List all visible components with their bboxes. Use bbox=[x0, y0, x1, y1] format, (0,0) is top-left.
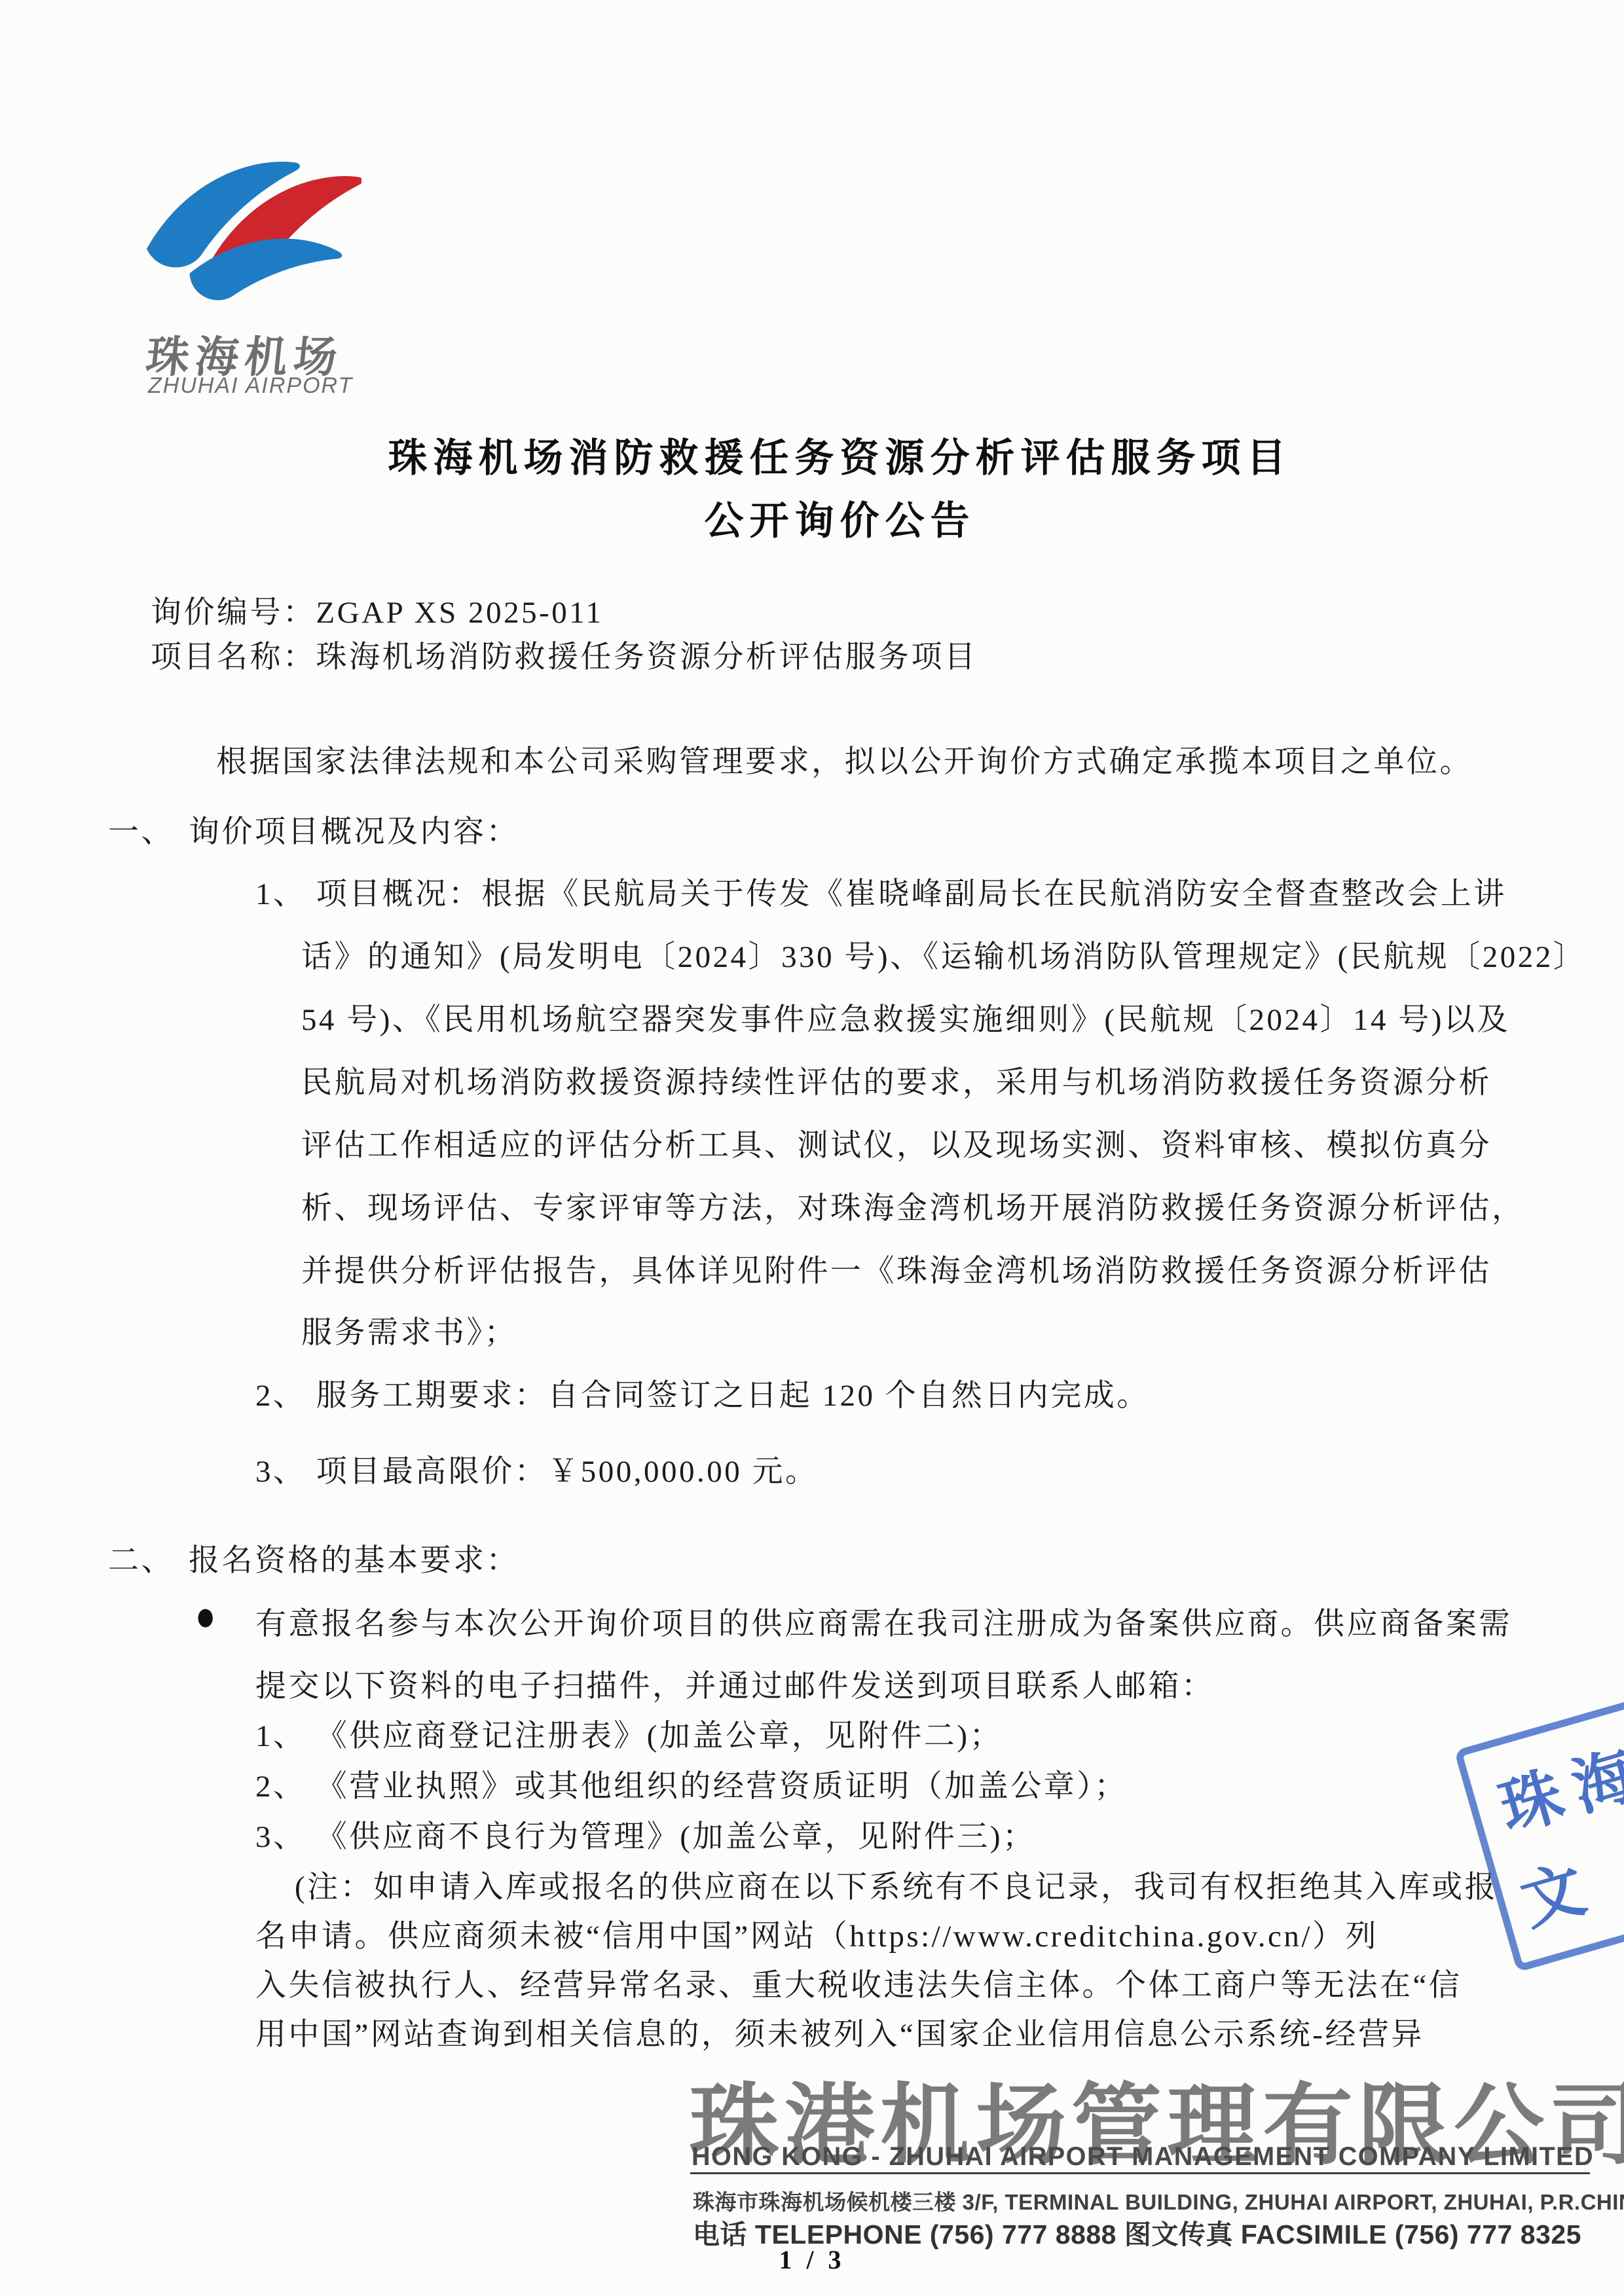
section2-number: 二、 bbox=[108, 1536, 174, 1580]
section1-heading: 一、询价项目概况及内容： bbox=[108, 807, 519, 851]
blue-document-stamp: 珠海市 文件 bbox=[1454, 1649, 1624, 1972]
bullet-icon: ● bbox=[195, 1593, 215, 1641]
document-title-line2: 公开询价公告 bbox=[131, 490, 1549, 546]
item3-line: 3、 项目最高限价：￥500,000.00 元。 bbox=[255, 1447, 819, 1491]
footer-address: 珠海市珠海机场候机楼三楼 3/F, TERMINAL BUILDING, ZHU… bbox=[693, 2185, 1624, 2216]
note-line: 名申请。供应商须未被“信用中国”网站（https://www.creditchi… bbox=[255, 1912, 1378, 1956]
note-line: 用中国”网站查询到相关信息的，须未被列入“国家企业信用信息公示系统-经营异 bbox=[255, 2010, 1424, 2054]
item1-line: 并提供分析评估报告，具体详见附件一《珠海金湾机场消防救援任务资源分析评估 bbox=[301, 1247, 1492, 1290]
footer-company-name-en: HONG KONG - ZHUHAI AIRPORT MANAGEMENT CO… bbox=[692, 2142, 1594, 2172]
bullet-line: 有意报名参与本次公开询价项目的供应商需在我司注册成为备案供应商。供应商备案需 bbox=[255, 1599, 1512, 1643]
item1-line: 民航局对机场消防救援资源持续性评估的要求，采用与机场消防救援任务资源分析 bbox=[301, 1058, 1492, 1102]
item1-line: 1、 项目概况：根据《民航局关于传发《崔晓峰副局长在民航消防安全督查整改会上讲 bbox=[255, 869, 1507, 913]
section1-heading-text: 询价项目概况及内容： bbox=[189, 807, 519, 851]
page-number: 1 / 3 bbox=[0, 2244, 1624, 2275]
item2-line: 2、 服务工期要求：自合同签订之日起 120 个自然日内完成。 bbox=[255, 1371, 1150, 1415]
scanned-document-page: 珠海机场 ZHUHAI AIRPORT 珠海机场消防救援任务资源分析评估服务项目… bbox=[0, 0, 1624, 2296]
item1-line: 析、现场评估、专家评审等方法，对珠海金湾机场开展消防救援任务资源分析评估， bbox=[301, 1184, 1525, 1228]
zhuhai-airport-logo-icon bbox=[145, 148, 361, 331]
bullet-line: 提交以下资料的电子扫描件，并通过邮件发送到项目联系人邮箱： bbox=[255, 1662, 1215, 1705]
document-title-line1: 珠海机场消防救援任务资源分析评估服务项目 bbox=[131, 427, 1549, 483]
intro-paragraph: 根据国家法律法规和本公司采购管理要求，拟以公开询价方式确定承揽本项目之单位。 bbox=[216, 737, 1473, 781]
section1-number: 一、 bbox=[108, 807, 174, 851]
item1-line: 54 号)、《民用机场航空器突发事件应急救援实施细则》(民航规〔2024〕14 … bbox=[301, 995, 1510, 1039]
section2-heading-text: 报名资格的基本要求： bbox=[189, 1536, 519, 1580]
note-line: 入失信被执行人、经营异常名录、重大税收违法失信主体。个体工商户等无法在“信 bbox=[255, 1961, 1462, 2005]
item1-line: 服务需求书》； bbox=[301, 1308, 517, 1352]
inquiry-number-line: 询价编号：ZGAP XS 2025-011 bbox=[151, 588, 603, 632]
footer-divider bbox=[690, 2172, 1590, 2174]
logo-english-name: ZHUHAI AIRPORT bbox=[148, 373, 353, 399]
required-doc-item: 3、 《供应商不良行为管理》(加盖公章，见附件三)； bbox=[255, 1812, 1036, 1856]
required-doc-item: 1、 《供应商登记注册表》(加盖公章，见附件二)； bbox=[255, 1711, 1003, 1755]
item1-line: 话》的通知》(局发明电〔2024〕330 号)、《运输机场消防队管理规定》(民航… bbox=[301, 932, 1586, 976]
item1-line: 评估工作相适应的评估分析工具、测试仪，以及现场实测、资料审核、模拟仿真分 bbox=[301, 1121, 1492, 1165]
section2-heading: 二、报名资格的基本要求： bbox=[108, 1536, 519, 1580]
project-name-line: 项目名称：珠海机场消防救援任务资源分析评估服务项目 bbox=[151, 632, 978, 676]
note-line: (注：如申请入库或报名的供应商在以下系统有不良记录，我司有权拒绝其入库或报 bbox=[295, 1863, 1498, 1906]
stamp-text-line1: 珠海市 bbox=[1488, 1701, 1624, 1849]
required-doc-item: 2、 《营业执照》或其他组织的经营资质证明（加盖公章）； bbox=[255, 1762, 1128, 1806]
